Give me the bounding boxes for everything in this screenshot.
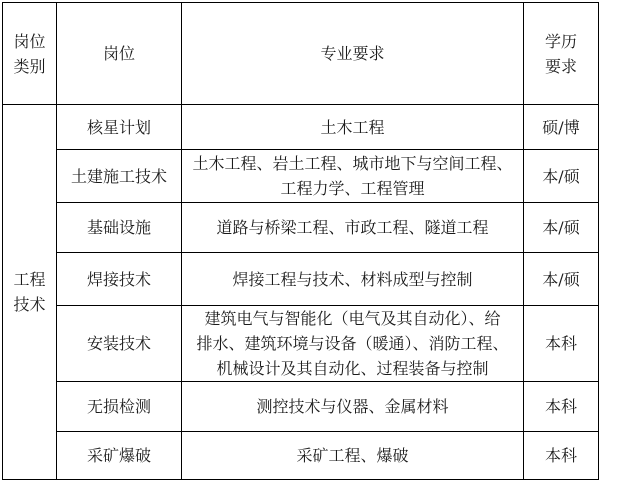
- table-row: 焊接技术 焊接工程与技术、材料成型与控制 本/硕: [3, 253, 599, 306]
- position-cell: 采矿爆破: [57, 432, 182, 480]
- table-row: 采矿爆破 采矿工程、爆破 本科: [3, 432, 599, 480]
- major-cell: 土木工程: [182, 105, 524, 150]
- position-cell: 焊接技术: [57, 253, 182, 306]
- education-cell: 本科: [524, 382, 599, 432]
- header-row: 岗位类别 岗位 专业要求 学历要求: [3, 3, 599, 105]
- major-cell: 采矿工程、爆破: [182, 432, 524, 480]
- education-cell: 本/硕: [524, 203, 599, 253]
- position-cell: 土建施工技术: [57, 150, 182, 203]
- major-cell: 焊接工程与技术、材料成型与控制: [182, 253, 524, 306]
- header-position: 岗位: [57, 3, 182, 105]
- header-major: 专业要求: [182, 3, 524, 105]
- education-cell: 本科: [524, 432, 599, 480]
- position-cell: 核星计划: [57, 105, 182, 150]
- table-row: 土建施工技术 土木工程、岩土工程、城市地下与空间工程、工程力学、工程管理 本/硕: [3, 150, 599, 203]
- category-cell: 工程技术: [3, 105, 57, 480]
- education-cell: 本/硕: [524, 150, 599, 203]
- major-cell: 道路与桥梁工程、市政工程、隧道工程: [182, 203, 524, 253]
- position-cell: 无损检测: [57, 382, 182, 432]
- major-cell: 建筑电气与智能化（电气及其自动化）、给排水、建筑环境与设备（暖通）、消防工程、机…: [182, 306, 524, 382]
- table-row: 安装技术 建筑电气与智能化（电气及其自动化）、给排水、建筑环境与设备（暖通）、消…: [3, 306, 599, 382]
- table-row: 工程技术 核星计划 土木工程 硕/博: [3, 105, 599, 150]
- header-category: 岗位类别: [3, 3, 57, 105]
- education-cell: 本科: [524, 306, 599, 382]
- education-cell: 硕/博: [524, 105, 599, 150]
- header-education: 学历要求: [524, 3, 599, 105]
- position-cell: 基础设施: [57, 203, 182, 253]
- major-cell: 测控技术与仪器、金属材料: [182, 382, 524, 432]
- table-row: 基础设施 道路与桥梁工程、市政工程、隧道工程 本/硕: [3, 203, 599, 253]
- position-cell: 安装技术: [57, 306, 182, 382]
- major-cell: 土木工程、岩土工程、城市地下与空间工程、工程力学、工程管理: [182, 150, 524, 203]
- recruitment-table: 岗位类别 岗位 专业要求 学历要求 工程技术 核星计划 土木工程 硕/博 土建施…: [2, 2, 599, 480]
- education-cell: 本/硕: [524, 253, 599, 306]
- table-row: 无损检测 测控技术与仪器、金属材料 本科: [3, 382, 599, 432]
